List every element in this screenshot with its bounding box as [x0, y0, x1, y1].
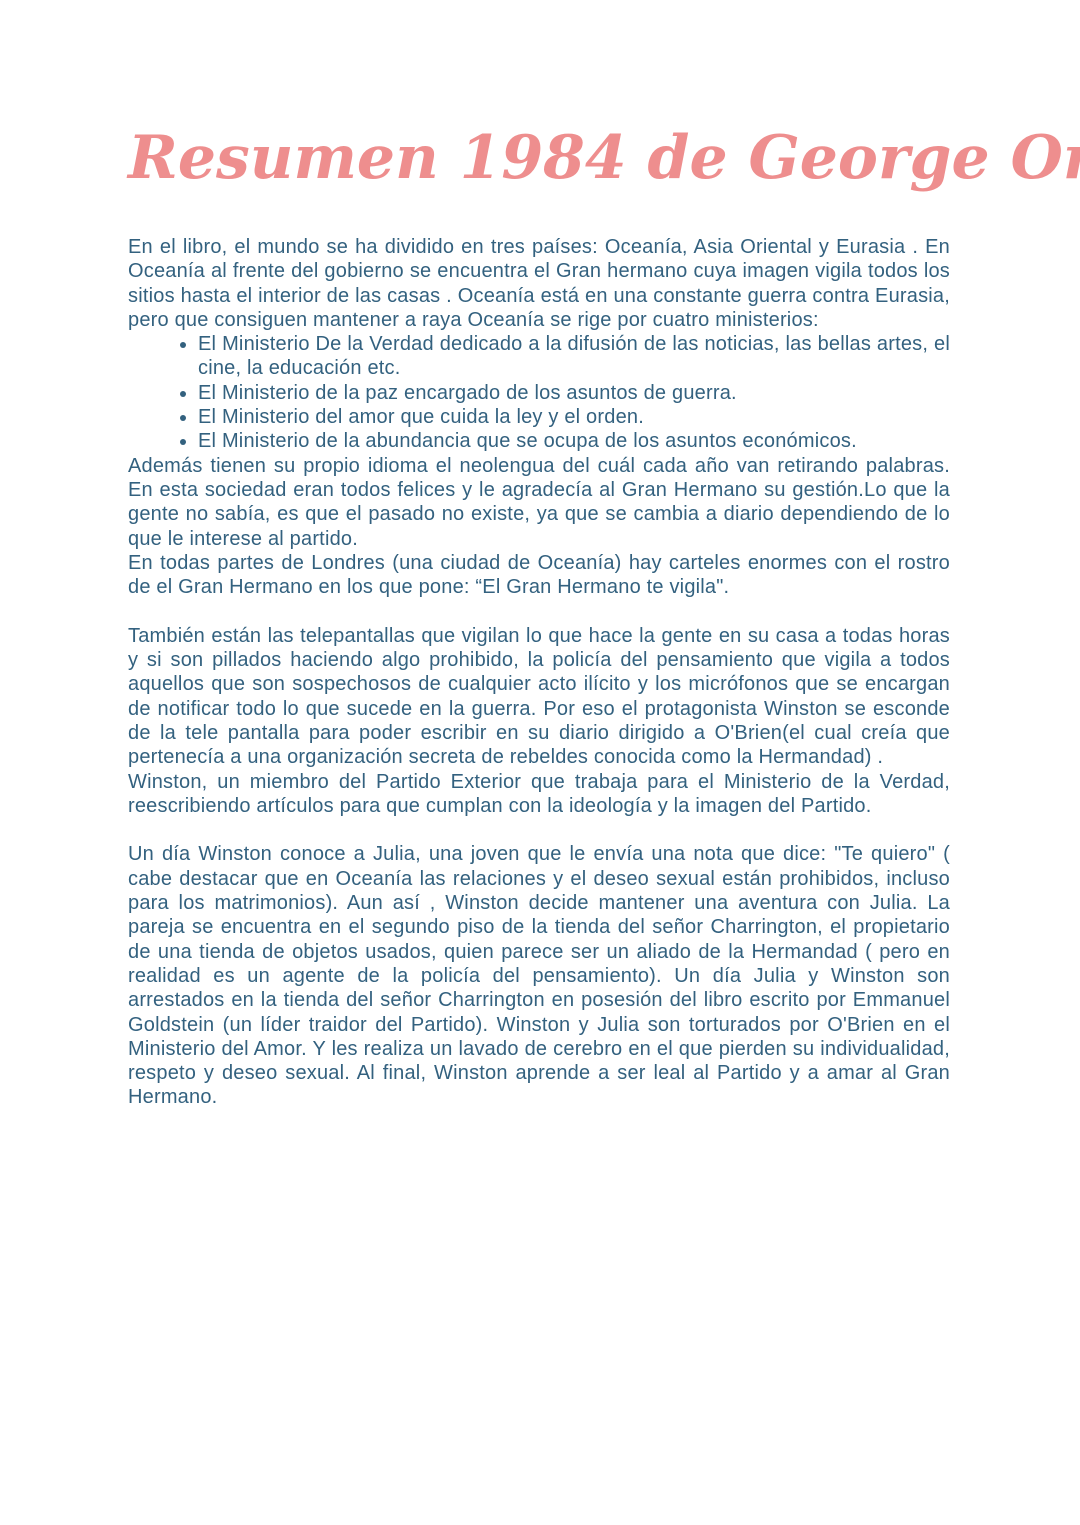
- paragraph-carteles: En todas partes de Londres (una ciudad d…: [128, 551, 950, 600]
- paragraph-julia: Un día Winston conoce a Julia, una joven…: [128, 842, 950, 1109]
- page-title: Resumen 1984 de George Orwell: [128, 112, 950, 205]
- list-item-ministerio-abundancia: El Ministerio de la abundancia que se oc…: [198, 429, 950, 453]
- ministries-list: El Ministerio De la Verdad dedicado a la…: [128, 332, 950, 453]
- document-page: Resumen 1984 de George Orwell En el libr…: [0, 0, 1080, 1525]
- list-item-ministerio-verdad: El Ministerio De la Verdad dedicado a la…: [198, 332, 950, 381]
- paragraph-winston: Winston, un miembro del Partido Exterior…: [128, 770, 950, 819]
- paragraph-intro: En el libro, el mundo se ha dividido en …: [128, 235, 950, 332]
- list-item-ministerio-paz: El Ministerio de la paz encargado de los…: [198, 381, 950, 405]
- paragraph-neolengua: Además tienen su propio idioma el neolen…: [128, 454, 950, 551]
- paragraph-telepantallas: También están las telepantallas que vigi…: [128, 624, 950, 770]
- document-body: En el libro, el mundo se ha dividido en …: [128, 235, 950, 1110]
- list-item-ministerio-amor: El Ministerio del amor que cuida la ley …: [198, 405, 950, 429]
